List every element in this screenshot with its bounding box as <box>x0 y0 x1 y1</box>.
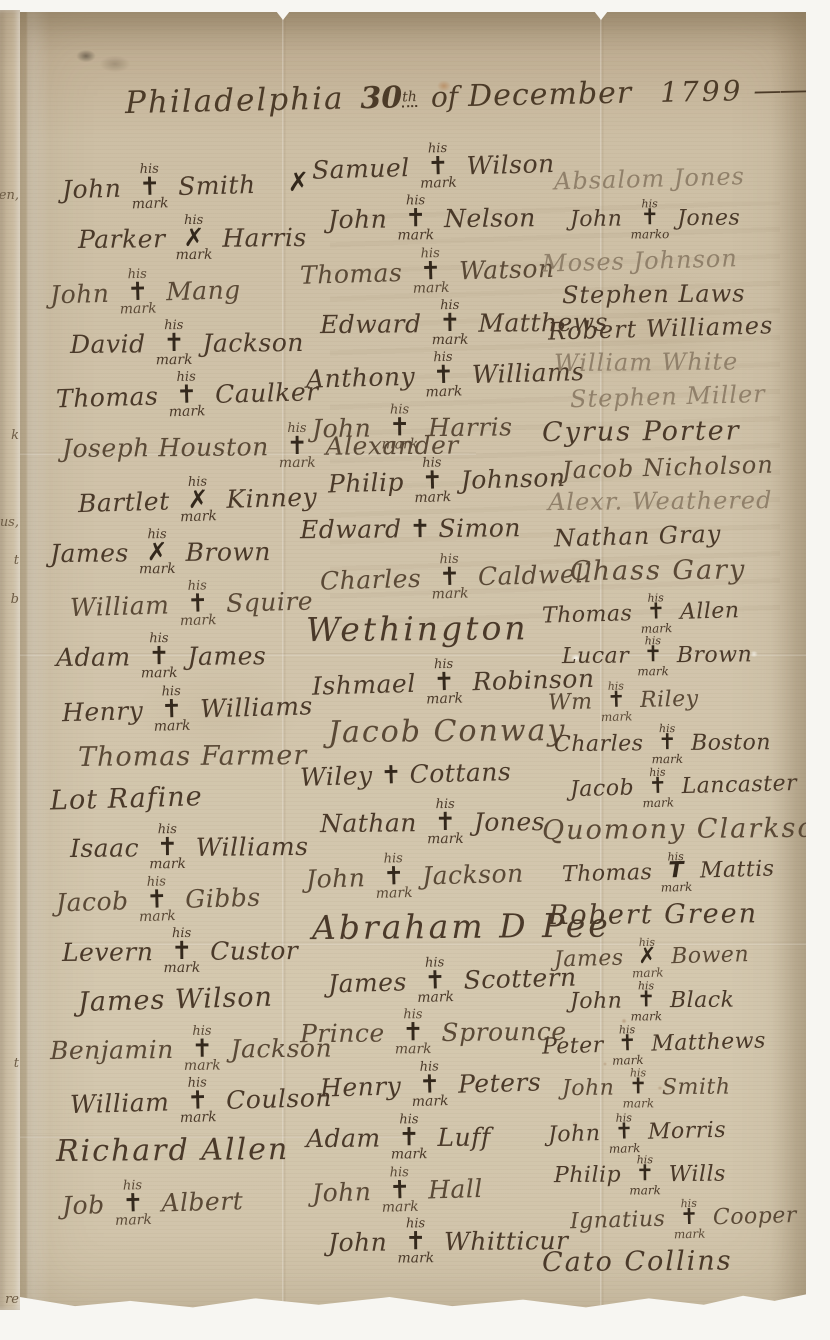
mark-label: mark <box>180 613 217 628</box>
signature-name: Nathan Gray <box>554 520 722 553</box>
signer-last-name: Morris <box>648 1118 727 1145</box>
his-mark-cross: ✝ <box>409 518 430 539</box>
signature-name: James Wilson <box>78 981 274 1017</box>
signature-row: Abraham D Pee <box>312 906 578 947</box>
his-mark-unit: his✝mark <box>168 370 206 419</box>
signature-name: Stephen Laws <box>562 279 746 309</box>
signature-row: Cyrus Porter <box>542 415 806 448</box>
signature-name: Jacob Conway <box>328 713 567 750</box>
margin-fragment: us, <box>0 515 19 530</box>
signature-row: Johnhis✝markMorris <box>547 1107 806 1156</box>
mark-label: mark <box>397 1251 434 1265</box>
signer-first-name: Thomas <box>56 381 159 413</box>
paper-notch <box>276 12 290 20</box>
mark-label: mark <box>132 197 169 212</box>
heading-ordinal: th <box>402 89 417 107</box>
signature-row: Lucarhis✝markBrown <box>562 634 806 678</box>
his-mark-unit: his✝mark <box>179 1076 217 1125</box>
signature-name: Moses Johnson <box>542 244 738 277</box>
his-mark-unit: his✝mark <box>381 403 418 452</box>
signer-last-name: Brown <box>185 537 271 567</box>
mark-label: mark <box>163 961 200 975</box>
signer-first-name: Thomas <box>562 860 653 888</box>
his-mark-cross: ✗ <box>187 488 209 510</box>
signer-last-name: Harris <box>222 223 307 253</box>
mark-label: mark <box>154 718 191 733</box>
signer-last-name: Williams <box>200 690 313 722</box>
signature-row: Johnhis✝markMang <box>49 263 298 318</box>
signature-row: Jameshis✗markBowen <box>553 932 806 981</box>
signer-last-name: Cottans <box>409 757 511 789</box>
signer-first-name: John <box>570 988 623 1013</box>
signer-last-name: Luff <box>437 1122 490 1151</box>
signer-first-name: John <box>62 173 122 204</box>
his-mark-unit: his✝mark <box>153 684 191 733</box>
signature-column-middle: Samuelhis✝markWilsonJohnhis✝markNelsonTh… <box>298 142 578 1269</box>
mark-label: mark <box>381 438 418 452</box>
his-mark-unit: his✝mark <box>424 350 462 399</box>
signer-last-name: Harris <box>428 412 513 442</box>
his-mark-cross: ✝ <box>389 1179 411 1201</box>
signature-name: Stephen Miller <box>570 380 766 413</box>
his-mark-cross: ✝ <box>658 734 677 753</box>
his-mark-cross: ✝ <box>424 969 446 991</box>
paper-notch <box>594 12 608 20</box>
signer-last-name: Smith <box>178 170 256 201</box>
signature-name: Cyrus Porter <box>542 415 741 448</box>
his-mark-unit: his✝mark <box>642 767 675 810</box>
mark-label: mark <box>432 333 469 347</box>
signature-row: Johnhis✝markHarris <box>312 402 578 453</box>
signature-name: Absalom Jones <box>554 162 746 195</box>
mark-label: mark <box>184 1058 221 1072</box>
his-mark-unit: his✝mark <box>163 927 200 976</box>
signature-row: Johnhis✝markSmith✗ <box>61 159 298 214</box>
signature-row: Henryhis✝markWilliams <box>61 681 298 736</box>
his-mark-unit: his✗mark <box>175 214 212 263</box>
heading-month: December <box>468 76 633 114</box>
his-mark-cross: ✝ <box>439 565 461 587</box>
his-mark-cross: ✝ <box>171 940 192 961</box>
signer-last-name: James <box>187 641 266 671</box>
his-mark-cross: ✝ <box>402 1021 423 1042</box>
his-mark-cross: ✝ <box>380 764 402 786</box>
signature-row: Parkerhis✗markHarris <box>78 213 298 263</box>
his-mark-cross: ✝ <box>146 888 168 910</box>
signature-row: Alexr. Weathered <box>548 486 806 516</box>
mark-label: mark <box>397 229 434 243</box>
signer-first-name: Philip <box>554 1163 621 1189</box>
signer-last-name: Mang <box>166 274 241 305</box>
signature-column-right: Absalom JonesJohnhis✝markoJonesMoses Joh… <box>540 158 806 1283</box>
his-mark-cross: ✝ <box>618 1035 637 1054</box>
his-mark-unit: his✝mark <box>381 1166 419 1215</box>
mark-label: mark <box>180 509 217 524</box>
his-mark-unit: his✝mark <box>140 632 177 681</box>
signature-row: Johnhis✝markoJones <box>570 197 806 241</box>
his-mark-unit: his✝mark <box>416 956 454 1005</box>
his-mark-unit: his✝mark <box>651 723 683 765</box>
his-mark-cross: ✝ <box>644 647 663 666</box>
his-mark-unit: his✝marko <box>630 198 669 240</box>
his-mark-cross: ✝ <box>127 280 149 302</box>
signature-name: Richard Allen <box>56 1132 289 1169</box>
signer-first-name: Charles <box>320 563 422 595</box>
signature-row: Johnhis✝markBlack <box>570 978 806 1022</box>
signer-last-name: Matthews <box>651 1029 766 1057</box>
signature-row: Jacobhis✝markLancaster <box>569 763 806 811</box>
his-mark-cross: ✝ <box>187 592 209 614</box>
his-mark-unit: his✝mark <box>131 162 169 211</box>
his-mark-cross: ✝ <box>427 155 449 177</box>
signature-column-left: Johnhis✝markSmith✗Parkerhis✗markHarrisJo… <box>48 162 298 1230</box>
mark-label: mark <box>120 301 157 316</box>
signature-name: Thomas Farmer <box>78 740 307 773</box>
signature-row: Robert Green <box>548 898 806 931</box>
signer-first-name: Job <box>62 1190 105 1220</box>
mark-label: mark <box>601 710 633 723</box>
his-mark-unit: his✝mark <box>411 1060 449 1109</box>
signer-first-name: Benjamin <box>50 1034 174 1064</box>
mark-label: mark <box>139 909 176 924</box>
signer-first-name: Thomas <box>542 601 633 629</box>
signature-row: ThomashisTmarkMattis <box>561 848 806 896</box>
his-mark-cross: ✝ <box>435 811 456 832</box>
signature-row: Thomashis✝markCaulker <box>55 368 298 423</box>
signer-last-name: Cooper <box>713 1203 798 1230</box>
signer-last-name: Riley <box>640 687 699 714</box>
mark-label: mark <box>622 1097 654 1109</box>
his-mark-unit: his✝mark <box>640 592 673 635</box>
signer-last-name: Jackson <box>422 858 524 890</box>
signer-first-name: Philip <box>328 467 405 498</box>
mark-label: mark <box>412 1095 449 1110</box>
signer-first-name: Ignatius <box>570 1207 666 1235</box>
margin-fragment: t <box>14 553 19 568</box>
his-mark-unit: his✝mark <box>427 798 464 847</box>
signature-row: William White <box>554 347 806 377</box>
manuscript-page: Philadelphia30thofDecember1799—— Johnhis… <box>20 12 806 1310</box>
signer-first-name: William <box>70 590 170 622</box>
adjacent-page-edge: ren,kus,tbtre <box>0 10 20 1310</box>
signature-row: Philiphis✝markWills <box>554 1153 806 1197</box>
his-mark-cross: ✝ <box>148 645 169 666</box>
signature-row: Charleshis✝markBoston <box>554 722 806 766</box>
signer-last-name: Boston <box>691 730 771 756</box>
mark-label: mark <box>674 1227 706 1240</box>
signer-first-name: Parker <box>78 224 166 254</box>
his-mark-cross: ✝ <box>615 1123 634 1142</box>
signature-row: Cato Collins <box>542 1244 806 1277</box>
his-mark-cross: ✝ <box>422 469 444 491</box>
his-mark-cross: ✝ <box>163 332 184 353</box>
his-mark-cross: ✝ <box>433 364 455 386</box>
signer-first-name: Wm <box>548 690 593 716</box>
signer-first-name: Henry <box>62 695 144 726</box>
signature-name: Robert Williames <box>548 311 774 345</box>
heading-connector: of <box>431 80 459 114</box>
signer-first-name: James <box>50 538 129 568</box>
signer-first-name: Lucar <box>562 644 629 670</box>
signer-first-name: Edward <box>300 514 402 544</box>
signer-last-name: Gibbs <box>185 882 261 913</box>
signature-row: Princehis✝markSprounce <box>300 1007 578 1058</box>
signer-last-name: Simon <box>438 513 521 543</box>
his-mark-unit: his✝mark <box>622 1067 654 1109</box>
signature-row: Lot Rafine <box>50 778 299 816</box>
his-mark-cross: ✝ <box>647 603 666 622</box>
his-mark-cross: ✝ <box>419 1074 441 1096</box>
document-scan: ren,kus,tbtre Philadelphia30thofDecember… <box>0 0 830 1340</box>
signature-name: Quomony Clarkson <box>542 813 806 847</box>
margin-fragment: ren, <box>0 188 19 203</box>
mark-label: mark <box>149 857 186 871</box>
his-mark-cross: T <box>668 862 684 881</box>
his-mark-unit: his✝mark <box>431 552 469 601</box>
signature-row: Isaachis✝markWilliams <box>70 822 298 872</box>
signature-row: Benjaminhis✝markJackson <box>50 1023 298 1073</box>
signature-row: Jacobhis✝markGibbs <box>55 872 298 927</box>
signer-first-name: Jacob <box>570 776 635 803</box>
his-mark-cross: ✗ <box>638 947 657 966</box>
signer-first-name: Levern <box>62 937 154 967</box>
signer-first-name: John <box>306 862 366 893</box>
signer-first-name: John <box>312 414 372 444</box>
his-mark-unit: his✝mark <box>179 579 217 628</box>
signature-row: Nathan Gray <box>554 517 806 552</box>
signer-last-name: Albert <box>161 1186 244 1217</box>
signature-row: Wethington <box>306 608 578 649</box>
his-mark-cross: ✝ <box>383 865 405 887</box>
signature-name: Chass Gary <box>570 554 747 587</box>
mark-label: mark <box>425 385 462 400</box>
signature-name: Cato Collins <box>542 1245 733 1278</box>
signature-row: Joseph Houstonhis✝markAlexander <box>62 422 298 472</box>
signature-name: Jacob Nicholson <box>562 450 774 484</box>
his-mark-unit: his✝mark <box>608 1112 641 1155</box>
signer-last-name: Bowen <box>671 942 750 969</box>
signature-row: Thomashis✝markAllen <box>541 588 806 637</box>
signature-row: Jobhis✝markAlbert <box>61 1175 298 1230</box>
signature-row: Johnhis✝markSmith <box>562 1066 806 1110</box>
signer-first-name: Ishmael <box>312 668 416 700</box>
signature-row: Johnhis✝markHall <box>311 1161 578 1217</box>
mark-label: mark <box>413 280 450 295</box>
mark-label: mark <box>176 248 213 262</box>
mark-label: mark <box>376 886 413 901</box>
his-mark-cross: ✝ <box>629 1078 648 1097</box>
his-mark-cross: ✝ <box>187 1089 209 1111</box>
signer-first-name: Edward <box>320 309 422 339</box>
his-mark-unit: his✝mark <box>394 1008 431 1057</box>
signature-row: Davidhis✝markJackson <box>70 318 298 368</box>
signer-last-name: Peters <box>458 1067 542 1098</box>
mark-label: mark <box>395 1042 432 1056</box>
his-mark-cross: ✗ <box>147 541 168 562</box>
his-mark-cross: ✗ <box>183 227 204 248</box>
signer-first-name: John <box>570 207 623 232</box>
signer-first-name: John <box>562 1076 615 1101</box>
signature-row: Ishmaelhis✝markRobinson <box>311 654 578 710</box>
mark-label: mark <box>115 1213 152 1228</box>
margin-fragment: re <box>5 1292 19 1307</box>
his-mark-cross: ✝ <box>405 207 426 228</box>
his-mark-cross: ✝ <box>640 209 659 228</box>
signature-name: Lot Rafine <box>50 781 203 816</box>
signer-first-name: Adam <box>56 642 131 672</box>
mark-label: mark <box>417 990 454 1005</box>
his-mark-unit: his✝mark <box>431 299 468 348</box>
signature-name: Alexr. Weathered <box>548 486 773 516</box>
signer-last-name: Williams <box>196 831 309 861</box>
signature-name: William White <box>554 347 739 377</box>
his-mark-unit: his✝mark <box>600 680 633 723</box>
signer-first-name: Anthony <box>306 361 416 393</box>
signature-row: Quomony Clarkson <box>542 813 806 846</box>
signer-last-name: Wills <box>669 1162 726 1187</box>
his-mark-unit: his✝mark <box>637 636 669 678</box>
his-mark-cross: ✝ <box>122 1192 144 1214</box>
his-mark-cross: ✝ <box>139 176 161 198</box>
his-mark-cross: ✝ <box>192 1037 213 1058</box>
mark-label: mark <box>629 1184 661 1196</box>
signature-row: Thomas Farmer <box>78 740 298 773</box>
signer-last-name: Hall <box>428 1173 483 1204</box>
signature-row: Anthonyhis✝markWilliams <box>305 347 578 403</box>
his-mark-unit: his✝mark <box>119 267 157 316</box>
signature-row: Chass Gary <box>570 554 806 587</box>
signer-first-name: Jacob <box>56 886 129 917</box>
signer-last-name: Lancaster <box>681 772 797 800</box>
mark-label: mark <box>642 797 674 810</box>
signature-row: Wmhis✝markRiley <box>547 675 806 724</box>
his-mark-cross: ✝ <box>398 1126 419 1147</box>
his-mark-unit: his✝mark <box>114 1179 152 1228</box>
his-mark-unit: hisTmark <box>660 851 693 894</box>
his-mark-unit: his✝mark <box>630 980 662 1022</box>
mark-label: mark <box>156 353 193 367</box>
signature-row: Wiley✝Cottans <box>300 755 579 792</box>
heading-year: 1799 <box>660 74 744 109</box>
his-mark-unit: his✝mark <box>155 319 192 368</box>
signature-row: Thomashis✝markWatson <box>299 243 578 299</box>
signer-first-name: Joseph Houston <box>62 432 269 463</box>
signer-first-name: David <box>70 329 146 359</box>
his-mark-unit: his✝mark <box>390 1113 427 1162</box>
signature-row: Peterhis✝markMatthews <box>541 1020 806 1069</box>
signer-first-name: Henry <box>320 1071 402 1102</box>
mark-label: mark <box>609 1141 641 1154</box>
signer-last-name: Brown <box>677 643 753 669</box>
mark-label: mark <box>169 404 206 419</box>
signature-row: Edward✝Simon <box>300 513 578 544</box>
signature-row: Absalom Jones <box>554 160 806 195</box>
margin-fragment: k <box>11 428 19 443</box>
signer-last-name: Black <box>670 987 735 1013</box>
signature-row: Moses Johnson <box>542 242 806 277</box>
mark-label: mark <box>414 490 451 505</box>
mark-label: mark <box>652 752 684 764</box>
signer-first-name: James <box>554 946 624 973</box>
mark-label: mark <box>139 562 176 576</box>
signer-first-name: John <box>548 1121 601 1147</box>
his-mark-unit: his✝mark <box>412 246 450 295</box>
signature-row: Ignatiushis✝markCooper <box>569 1195 806 1243</box>
heading-flourish: —— <box>753 73 806 107</box>
his-mark-unit: his✝mark <box>397 194 434 243</box>
his-mark-cross: ✝ <box>680 1209 699 1228</box>
his-mark-cross: ✝ <box>389 417 410 438</box>
signer-first-name: Adam <box>306 1123 381 1153</box>
signature-name: Wethington <box>306 608 529 649</box>
his-mark-cross: ✝ <box>433 671 455 693</box>
his-mark-unit: his✗mark <box>179 475 217 524</box>
signature-row: Williamhis✝markCoulson <box>69 1074 298 1129</box>
signer-last-name: Smith <box>662 1075 731 1101</box>
signer-last-name: Nelson <box>444 203 536 233</box>
mark-label: mark <box>141 666 178 680</box>
signer-first-name: John <box>50 278 110 309</box>
his-mark-unit: his✝mark <box>397 1217 434 1266</box>
signature-row: Stephen Laws <box>562 279 806 309</box>
signature-row: Williamhis✝markSquire <box>69 577 298 632</box>
signer-last-name: Allen <box>680 598 740 625</box>
his-mark-unit: his✝mark <box>673 1197 706 1240</box>
signer-first-name: Nathan <box>320 808 417 838</box>
dateline-heading: Philadelphia30thofDecember1799—— <box>125 71 806 121</box>
signer-first-name: Charles <box>554 731 644 757</box>
signer-first-name: Peter <box>542 1033 604 1060</box>
mark-label: mark <box>661 881 693 894</box>
signature-row: James Wilson <box>78 980 299 1017</box>
his-mark-unit: his✝mark <box>184 1024 221 1073</box>
signer-last-name: Custor <box>210 936 298 966</box>
signature-name: Robert Green <box>548 898 758 931</box>
mark-label: mark <box>427 832 464 846</box>
his-mark-unit: his✝mark <box>138 875 176 924</box>
mark-label: mark <box>632 966 664 979</box>
his-mark-unit: his✗mark <box>631 936 664 979</box>
signer-first-name: John <box>328 204 388 234</box>
signer-first-name: Thomas <box>300 257 403 289</box>
his-mark-cross: ✝ <box>176 383 198 405</box>
signer-last-name: Mattis <box>700 857 775 884</box>
his-mark-unit: his✝mark <box>375 851 413 900</box>
his-mark-cross: ✝ <box>439 312 460 333</box>
mark-label: mark <box>432 586 469 601</box>
signature-row: Robert Williames <box>548 310 806 345</box>
mark-label: mark <box>382 1200 419 1215</box>
signer-first-name: John <box>312 1176 372 1207</box>
signature-row: Bartlethis✗markKinney <box>77 472 298 526</box>
signature-row: Adamhis✝markJames <box>56 631 298 681</box>
signer-last-name: Jackson <box>202 327 304 357</box>
signature-row: Richard Allen <box>56 1132 298 1169</box>
signer-last-name: Jones <box>474 807 546 837</box>
mark-label: mark <box>641 621 673 634</box>
his-mark-cross: ✝ <box>161 697 183 719</box>
mark-label: mark <box>630 1009 662 1021</box>
margin-fragment: b <box>11 592 19 607</box>
his-mark-unit: his✝mark <box>629 1154 661 1196</box>
signature-row: Jameshis✗markBrown <box>50 527 298 577</box>
signer-last-name: Jones <box>677 206 740 232</box>
his-mark-unit: his✝mark <box>611 1024 644 1067</box>
mark-label: mark <box>426 692 463 707</box>
heading-day: 30 <box>360 80 402 116</box>
signer-first-name: Samuel <box>312 153 410 185</box>
signature-row: Stephen Miller <box>570 378 806 413</box>
